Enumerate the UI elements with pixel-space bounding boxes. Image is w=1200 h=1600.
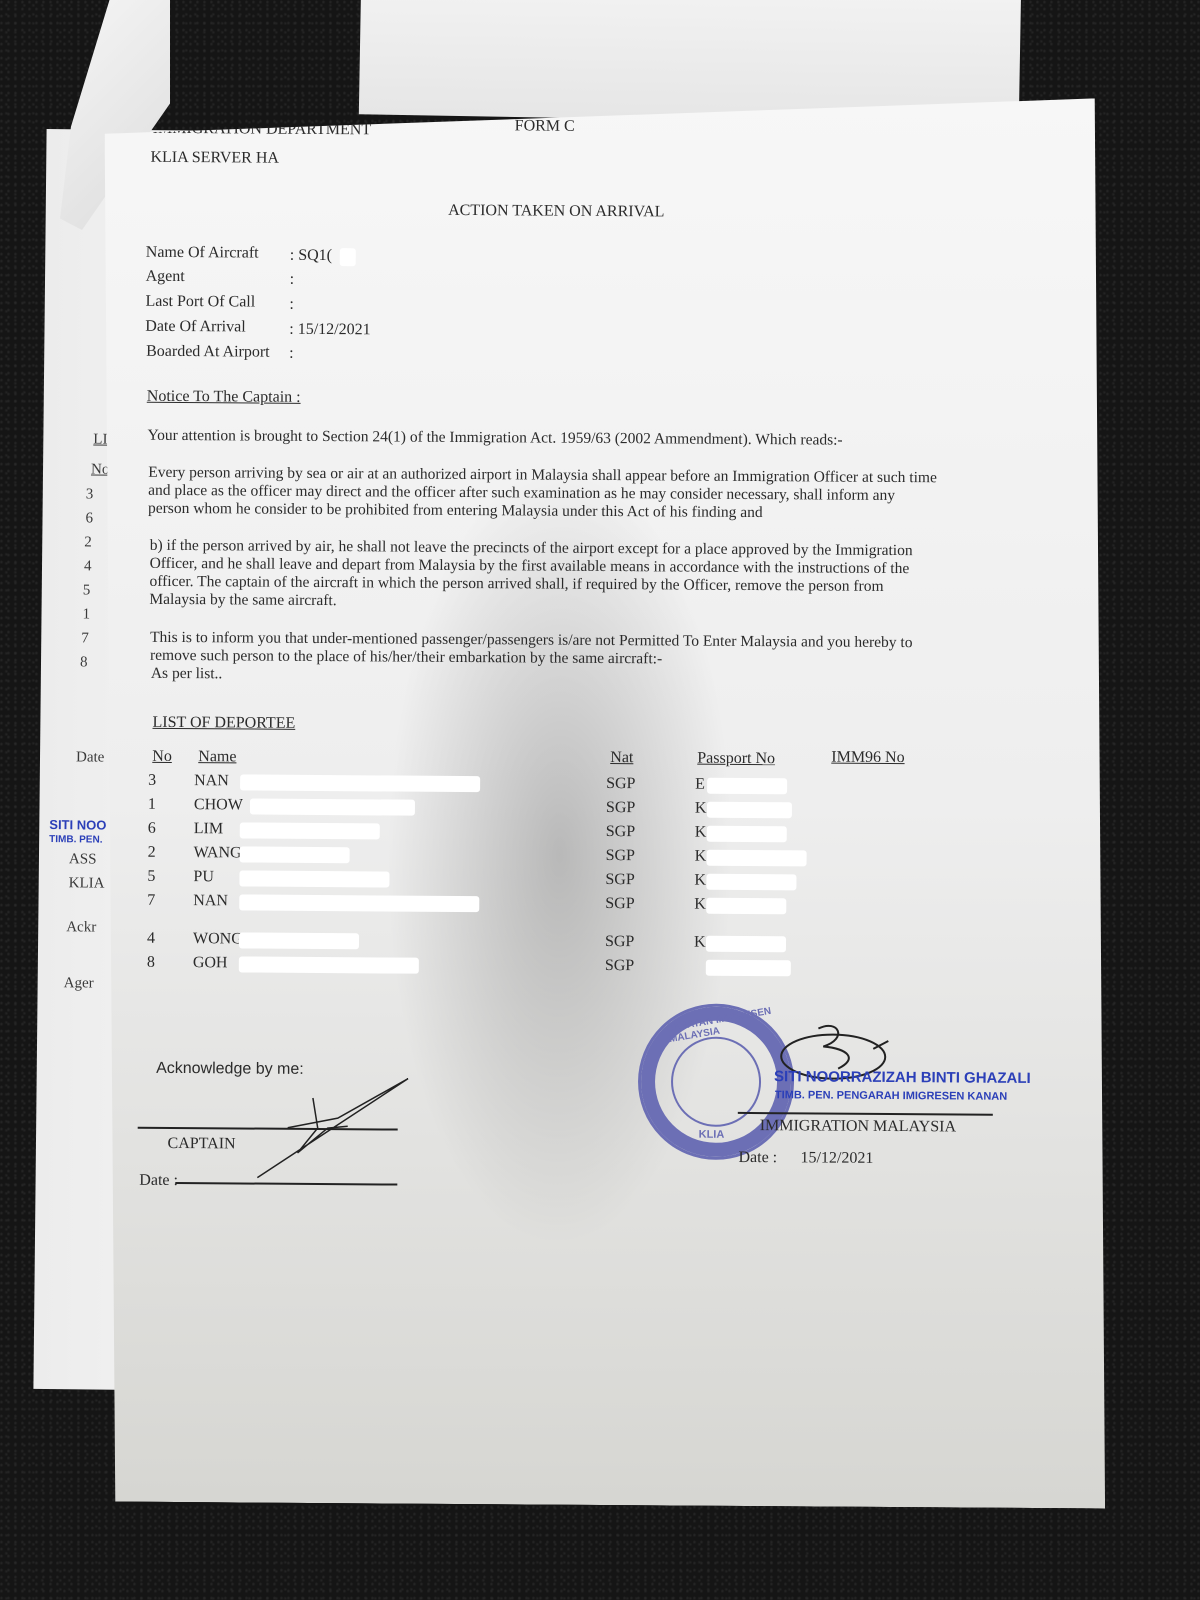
officer-date-label: Date : (738, 1149, 777, 1167)
deportee-nat: SGP (605, 895, 634, 913)
redaction (239, 932, 359, 949)
arrival-date-label: Date Of Arrival (145, 318, 246, 337)
officer-position: TIMB. PEN. PENGARAH IMIGRESEN KANAN (775, 1089, 1007, 1103)
deportee-passport: K (694, 934, 706, 952)
under-date: Date (76, 749, 105, 766)
under-fragment: Ager (64, 975, 94, 992)
deportee-name: PU (193, 868, 214, 886)
table-row: 8GOHSGP (99, 953, 999, 981)
arrival-date-value: : 15/12/2021 (289, 321, 370, 340)
redaction (239, 894, 479, 912)
deportee-no: 6 (148, 820, 156, 838)
under-list-heading: LI (93, 431, 107, 448)
under-fragment: Ackr (66, 919, 96, 936)
officer-organization: IMMIGRATION MALAYSIA (760, 1117, 956, 1136)
under-number: 2 (84, 534, 92, 551)
under-fragment: KLIA (69, 875, 105, 892)
notice-para-3: This is to inform you that under-mention… (150, 629, 920, 670)
redaction (706, 874, 796, 891)
redaction (707, 850, 807, 867)
notice-intro: Your attention is brought to Section 24(… (147, 427, 947, 451)
column-name: Name (198, 748, 236, 766)
redaction (239, 870, 389, 887)
under-no-heading: No (91, 461, 110, 478)
under-number: 4 (84, 558, 92, 575)
captain-signature (247, 1068, 418, 1189)
under-officer-name: SITI NOO (49, 817, 106, 833)
notice-para-2: b) if the person arrived by air, he shal… (149, 537, 939, 615)
under-officer-title: TIMB. PEN. (49, 834, 102, 846)
form-label: FORM C (515, 117, 575, 135)
deportee-nat: SGP (606, 847, 635, 865)
deportee-nat: SGP (605, 957, 634, 975)
officer-date-value: 15/12/2021 (800, 1149, 873, 1168)
deportee-name: GOH (193, 954, 228, 972)
aircraft-value: : SQ1( (290, 247, 332, 265)
notice-para-1: Every person arriving by sea or air at a… (148, 464, 938, 524)
deportee-no: 8 (147, 954, 155, 972)
redaction (240, 822, 380, 839)
deportee-name: NAN (194, 772, 229, 790)
server-name: KLIA SERVER HA (150, 149, 279, 168)
table-row: 7NANSGPK (99, 891, 999, 919)
under-fragment: ASS (69, 851, 97, 868)
aircraft-label: Name Of Aircraft (146, 244, 259, 263)
deportee-passport: K (695, 848, 707, 866)
deportee-nat: SGP (605, 871, 634, 889)
redaction (250, 799, 415, 816)
deportee-name: CHOW (194, 796, 243, 814)
officer-name: SITI NOORRAZIZAH BINTI GHAZALI (774, 1068, 1031, 1087)
column-imm96: IMM96 No (831, 749, 904, 768)
agent-value: : (290, 271, 295, 289)
deportee-passport: E (695, 776, 705, 794)
deportee-no: 2 (148, 844, 156, 862)
deportee-no: 1 (148, 796, 156, 814)
redaction (707, 802, 792, 819)
notice-heading: Notice To The Captain : (147, 388, 301, 407)
redaction (707, 778, 787, 795)
captain-label: CAPTAIN (168, 1135, 236, 1153)
deportee-no: 4 (147, 930, 155, 948)
under-number: 3 (86, 486, 94, 503)
last-port-value: : (289, 296, 294, 314)
boarded-value: : (289, 345, 294, 363)
under-number: 7 (81, 630, 89, 647)
column-passport: Passport No (697, 750, 775, 769)
deportee-passport: K (694, 872, 706, 890)
under-number: 1 (82, 606, 90, 623)
deportee-nat: SGP (606, 823, 635, 841)
redaction (240, 846, 350, 863)
deportee-no: 3 (148, 772, 156, 790)
deportee-no: 7 (147, 892, 155, 910)
redaction (240, 774, 480, 792)
redaction (706, 898, 786, 915)
deportee-name: NAN (193, 892, 228, 910)
stamp-bottom-text: KLIA (699, 1129, 725, 1141)
boarded-label: Boarded At Airport (146, 343, 270, 362)
deportee-nat: SGP (605, 933, 634, 951)
redaction (706, 960, 791, 977)
immigration-stamp: JABATAN IMIGRESEN MALAYSIA KLIA (637, 1003, 794, 1160)
agent-label: Agent (146, 268, 185, 286)
deportee-nat: SGP (606, 775, 635, 793)
deportee-list-heading: LIST OF DEPORTEE (152, 714, 295, 733)
under-number: 5 (83, 582, 91, 599)
deportee-passport: K (694, 896, 706, 914)
document-title: ACTION TAKEN ON ARRIVAL (448, 202, 664, 222)
redaction (706, 936, 786, 953)
redaction (239, 956, 419, 973)
deportee-passport: K (695, 824, 707, 842)
deportee-name: LIM (194, 820, 223, 838)
deportee-nat: SGP (606, 799, 635, 817)
deportee-name: WONG (193, 930, 243, 948)
deportee-name: WANG (194, 844, 242, 862)
last-port-label: Last Port Of Call (145, 293, 255, 312)
redaction (707, 826, 787, 843)
deportee-passport: K (695, 800, 707, 818)
column-no: No (152, 748, 172, 766)
column-nat: Nat (610, 749, 633, 767)
form-c-document: IMMIGRATION DEPARTMENT KLIA SERVER HA FO… (95, 91, 1115, 1508)
captain-date-label: Date : (139, 1172, 178, 1190)
under-number: 8 (80, 654, 88, 671)
deportee-no: 5 (147, 868, 155, 886)
under-number: 6 (85, 510, 93, 527)
redaction (340, 248, 356, 266)
